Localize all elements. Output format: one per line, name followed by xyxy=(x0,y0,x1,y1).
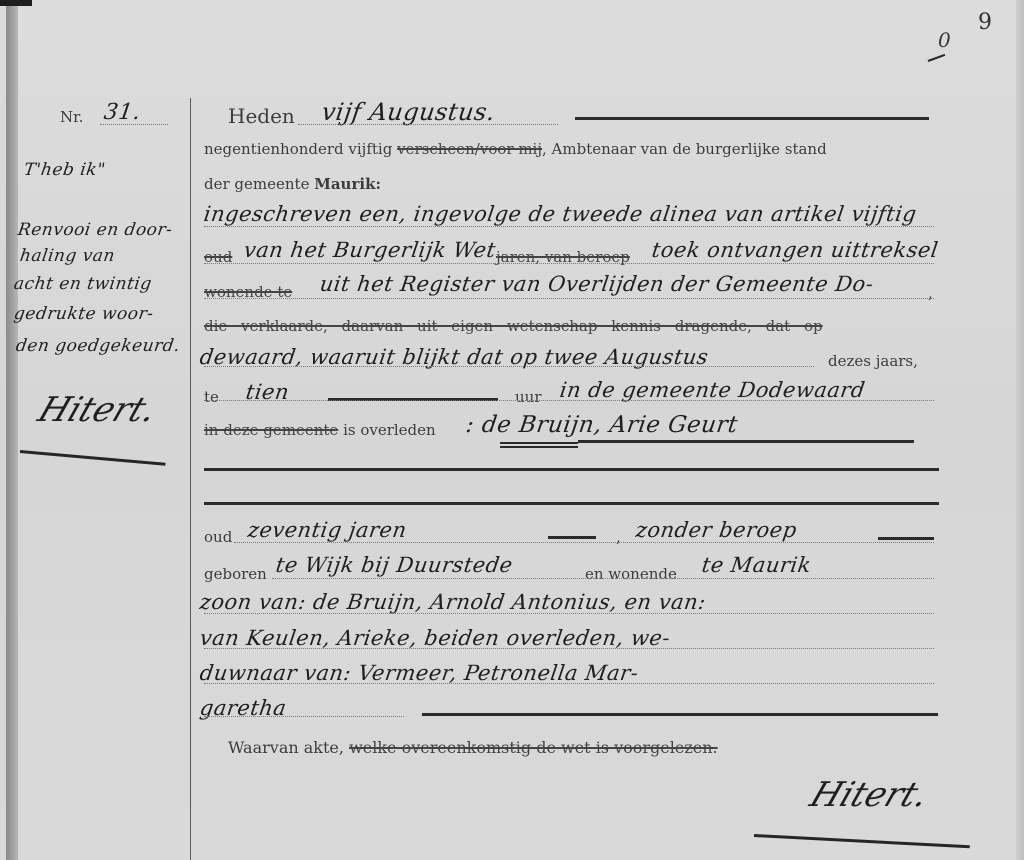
register-page: 9 0 Nr. 31. T'heb ik" Renvooi en door- h… xyxy=(0,0,1024,860)
handwritten-text: toek ontvangen uittreksel xyxy=(650,238,940,262)
handwritten-text: van het Burgerlijk Wet xyxy=(242,238,497,262)
record-number-value: 31. xyxy=(102,100,142,125)
margin-signature: Hitert. xyxy=(33,390,163,430)
residence-label: en wonende xyxy=(585,565,677,583)
printed-text: negentienhonderd vijftig xyxy=(204,140,392,158)
parents-line: duwnaar van: Vermeer, Petronella Mar- xyxy=(198,661,640,685)
printed-line: negentienhonderd vijftig verscheen/voor … xyxy=(204,140,827,158)
date-value: vijf Augustus. xyxy=(320,98,497,126)
struck-text: in deze gemeente xyxy=(204,421,338,439)
fill-line xyxy=(548,536,596,539)
fill-line xyxy=(878,537,934,540)
struck-text: die verklaarde, daarvan uit eigen wetens… xyxy=(204,317,823,335)
margin-note-line: acht en twintig xyxy=(13,274,153,294)
fill-line xyxy=(578,440,914,443)
margin-note-line: gedrukte woor- xyxy=(13,304,155,324)
parents-line: zoon van: de Bruijn, Arnold Antonius, en… xyxy=(198,590,707,614)
dotted-rule xyxy=(204,298,934,299)
dotted-rule xyxy=(204,263,934,264)
residence-value: te Maurik xyxy=(700,553,812,577)
dotted-rule xyxy=(204,400,934,401)
page-edge xyxy=(1016,0,1024,860)
page-number: 9 xyxy=(978,10,992,35)
fill-line xyxy=(204,502,939,505)
margin-note-line: Renvooi en door- xyxy=(17,220,174,240)
deceased-name: : de Bruijn, Arie Geurt xyxy=(464,412,739,438)
age-value: zeventig jaren xyxy=(246,518,408,542)
municipality-line: der gemeente Maurik: xyxy=(204,175,381,193)
handwritten-text: uit het Register van Overlijden der Geme… xyxy=(318,272,875,296)
margin-note-line: haling van xyxy=(19,246,117,266)
dotted-rule xyxy=(204,613,934,614)
name-double-underline xyxy=(500,446,578,448)
margin-signature-underline xyxy=(20,450,166,466)
registrar-signature: Hitert. xyxy=(805,775,935,815)
printed-line: in deze gemeente is overleden xyxy=(204,421,436,439)
dotted-rule xyxy=(204,226,934,227)
dotted-rule xyxy=(272,578,934,579)
dotted-rule xyxy=(100,124,168,125)
margin-rule xyxy=(190,98,191,860)
place-of-death: in de gemeente Dodewaard xyxy=(558,378,866,402)
age-label: oud xyxy=(204,528,232,546)
municipality-name: Maurik: xyxy=(314,175,381,193)
birthplace-value: te Wijk bij Duurstede xyxy=(274,553,514,577)
struck-text: verscheen/voor mij xyxy=(397,140,542,158)
signature-underline xyxy=(754,834,970,848)
struck-text: welke overeenkomstig de wet is voorgelez… xyxy=(349,738,718,757)
dotted-rule xyxy=(204,648,934,649)
dotted-rule xyxy=(298,124,558,125)
dotted-rule xyxy=(234,542,934,543)
occupation-value: zonder beroep xyxy=(634,518,798,542)
record-number-label: Nr. xyxy=(60,108,83,126)
printed-text: dezes jaars, xyxy=(828,352,918,370)
printed-text: der gemeente xyxy=(204,175,309,193)
printed-text: te xyxy=(204,388,219,406)
fill-line xyxy=(575,117,929,120)
born-label: geboren xyxy=(204,565,267,583)
closing-line: Waarvan akte, welke overeenkomstig de we… xyxy=(228,738,718,757)
punctuation: , xyxy=(616,528,621,546)
page-binding xyxy=(6,0,18,860)
name-double-underline xyxy=(500,442,578,444)
dotted-rule xyxy=(204,366,814,367)
heden-label: Heden xyxy=(228,104,295,128)
pencil-stroke xyxy=(928,54,946,62)
fill-line xyxy=(204,468,939,471)
printed-text: , Ambtenaar van de burgerlijke stand xyxy=(542,140,827,158)
dotted-rule xyxy=(204,716,404,717)
margin-note-line: den goedgekeurd. xyxy=(15,336,182,356)
margin-quote: T'heb ik" xyxy=(23,160,107,180)
punctuation: , xyxy=(928,284,933,302)
dotted-rule xyxy=(204,683,934,684)
handwritten-line: ingeschreven een, ingevolge de tweede al… xyxy=(202,202,918,226)
fill-line xyxy=(422,713,938,716)
binding-corner xyxy=(0,0,32,6)
printed-text: Waarvan akte, xyxy=(228,738,344,757)
parents-line: van Keulen, Arieke, beiden overleden, we… xyxy=(198,626,671,650)
printed-text: is overleden xyxy=(343,421,436,439)
pencil-mark: 0 xyxy=(938,28,951,52)
printed-text: uur xyxy=(515,388,542,406)
